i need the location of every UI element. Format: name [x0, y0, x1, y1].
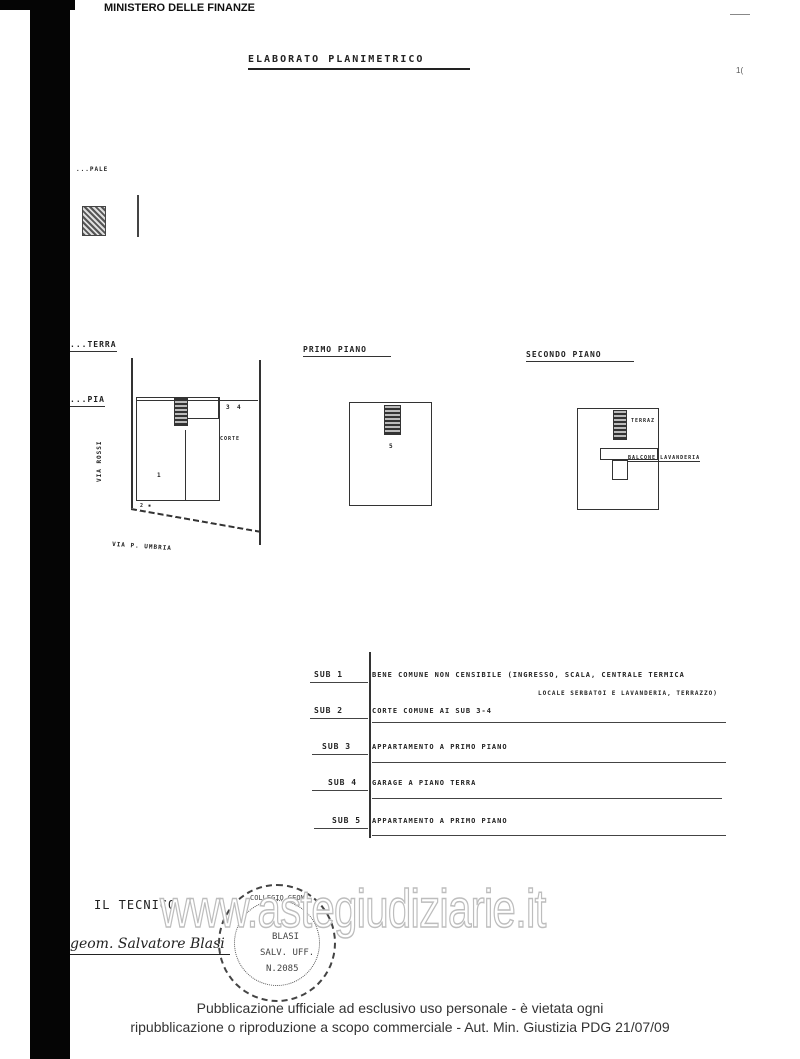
- legend-desc-4: GARAGE A PIANO TERRA: [372, 779, 476, 787]
- ground-annotation-entrance: 2 ▪: [140, 503, 152, 509]
- lot-boundary-bottom: [131, 508, 261, 532]
- legend-sub-5: Sub 5: [332, 816, 361, 825]
- stamp-text-3: SALV. UFF.: [260, 948, 314, 958]
- ground-annotation-4: 1: [157, 472, 162, 479]
- second-floor-label: SECONDO PIANO: [526, 350, 634, 362]
- legend-sub-3: Sub 3: [322, 742, 351, 751]
- document-title: ELABORATO PLANIMETRICO: [248, 54, 470, 70]
- orientation-symbol-icon: [82, 206, 106, 236]
- legend-desc-1b: LOCALE SERBATOI E LAVANDERIA, TERRAZZO): [538, 690, 718, 697]
- street-left-label: VIA ROSSI: [96, 440, 103, 482]
- corner-mark: 1(: [736, 66, 743, 75]
- first-floor-label: PRIMO PIANO: [303, 345, 391, 357]
- staircase-icon: [384, 405, 401, 435]
- legend-desc-5: APPARTAMENTO A PRIMO PIANO: [372, 817, 508, 825]
- watermark: www.astegiudiziarie.it: [160, 878, 545, 940]
- orientation-label: ...PALE: [76, 166, 108, 173]
- legend-desc-3: APPARTAMENTO A PRIMO PIANO: [372, 743, 508, 751]
- staircase-icon: [613, 410, 627, 440]
- legend-underline: [312, 790, 368, 791]
- legend-desc-1: BENE COMUNE NON CENSIBILE (INGRESSO, SCA…: [372, 671, 685, 679]
- street-bottom-label: VIA P. UMBRIA: [112, 541, 172, 552]
- legend-sub-1: Sub 1: [314, 670, 343, 679]
- stamp-text-4: N.2085: [266, 964, 299, 974]
- legend-underline: [310, 682, 368, 683]
- legend-underline: [310, 718, 368, 719]
- scan-mark: [730, 14, 750, 15]
- ground-annotation-2: 4: [237, 404, 242, 411]
- ground-floor-sublabel: ...PIA: [70, 395, 105, 407]
- legend-sub-4: Sub 4: [328, 778, 357, 787]
- boundary-top-line: [136, 400, 258, 401]
- legend-line: [372, 798, 722, 799]
- ministry-header: MINISTERO DELLE FINANZE: [104, 2, 255, 14]
- staircase-icon: [174, 398, 188, 426]
- lot-boundary-right: [259, 360, 261, 545]
- legend-desc-2: CORTE COMUNE AI SUB 3-4: [372, 707, 492, 715]
- legend-underline: [314, 828, 368, 829]
- lot-boundary-left: [131, 358, 133, 508]
- ground-floor-label: ...TERRA: [70, 340, 117, 352]
- ground-annotation-corte: CORTE: [220, 436, 240, 442]
- legend-underline: [312, 754, 368, 755]
- scan-binding-edge: [30, 0, 70, 1059]
- legend-sub-2: Sub 2: [314, 706, 343, 715]
- footer-line-1: Pubblicazione ufficiale ad esclusivo uso…: [0, 998, 800, 1018]
- second-floor-annotation-terrace: TERRAZ: [631, 418, 655, 424]
- legend-line: [372, 762, 726, 763]
- ground-annotation-1: 3: [226, 404, 231, 411]
- laundry-outline: [612, 460, 628, 480]
- legend-divider: [369, 652, 371, 838]
- interior-wall: [185, 430, 186, 500]
- first-floor-annotation: 5: [389, 443, 394, 450]
- footer-line-2: ripubblicazione o riproduzione a scopo c…: [0, 1017, 800, 1037]
- scan-binding-top: [0, 0, 75, 10]
- second-floor-annotation-balcony: BALCONE LAVANDERIA: [628, 455, 700, 462]
- legend-line: [372, 722, 726, 723]
- legend-line: [372, 835, 726, 836]
- north-arrow-icon: [137, 195, 139, 237]
